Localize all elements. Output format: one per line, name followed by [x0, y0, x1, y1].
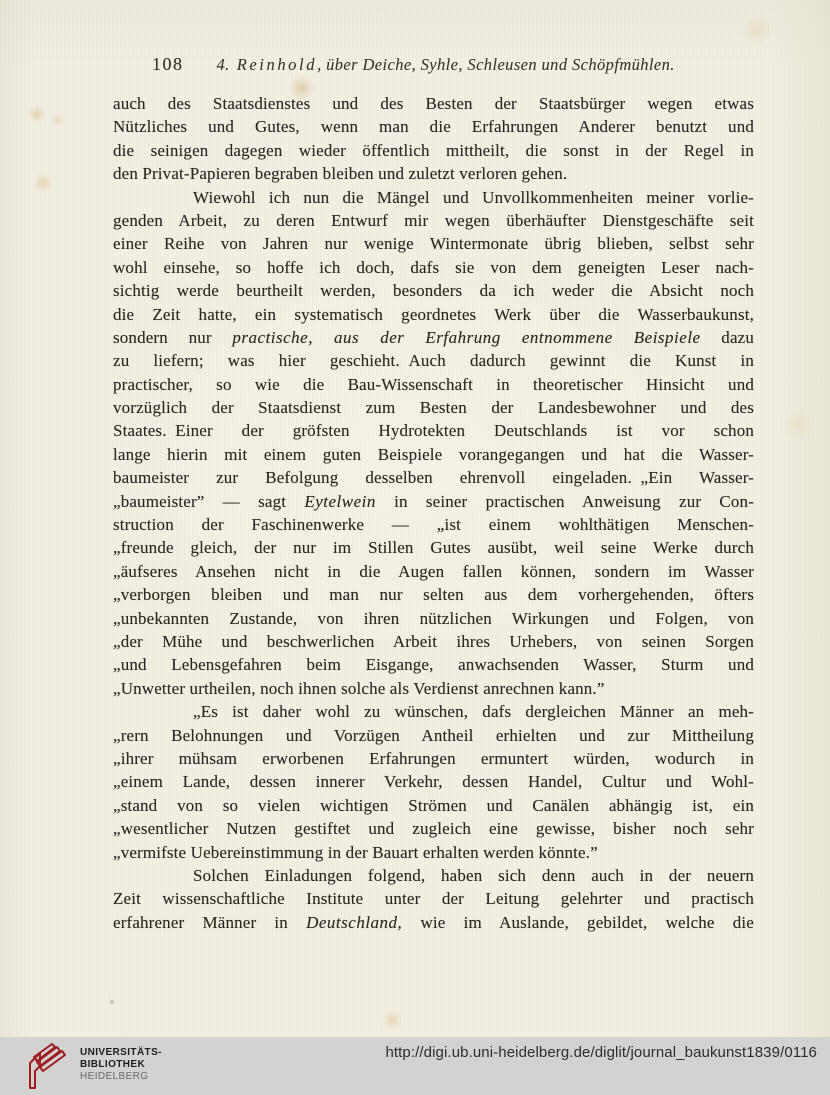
page-header: 108 4.Reinhold, über Deiche, Syhle, Schl…: [113, 54, 758, 75]
body-line: „verborgen bleiben und man nur selten au…: [113, 583, 754, 606]
body-line: struction der Faschinenwerke — „ist eine…: [113, 513, 754, 536]
body-line: practischer, so wie die Bau-Wissenschaft…: [113, 373, 754, 396]
library-logo-text: UNIVERSITÄTS- BIBLIOTHEK HEIDELBERG: [80, 1047, 162, 1083]
body-line: „rern Belohnungen und Vorzügen Antheil e…: [113, 724, 754, 747]
body-line: sondern nur practische, aus der Erfahrun…: [113, 326, 754, 349]
scanned-book-page: 108 4.Reinhold, über Deiche, Syhle, Schl…: [0, 0, 830, 1095]
body-line: einer Reihe von Jahren nur wenige Winter…: [113, 232, 754, 255]
document-url: http://digi.ub.uni-heidelberg.de/diglit/…: [385, 1044, 817, 1061]
body-line: Zeit wissenschaftliche Institute unter d…: [113, 887, 754, 910]
body-line: Solchen Einladungen folgend, haben sich …: [113, 864, 754, 887]
body-line: erfahrener Männer in Deutschland, wie im…: [113, 911, 754, 934]
library-name-line1: UNIVERSITÄTS-: [80, 1047, 162, 1059]
body-line: Staates. Einer der gröfsten Hydrotekten …: [113, 419, 754, 442]
body-line: genden Arbeit, zu deren Entwurf mir wege…: [113, 209, 754, 232]
stacked-books-icon: [26, 1042, 68, 1090]
library-name-line2: BIBLIOTHEK: [80, 1059, 162, 1071]
body-line: den Privat-Papieren begraben bleiben und…: [113, 162, 754, 185]
body-line: „wesentlicher Nutzen gestiftet und zugle…: [113, 817, 754, 840]
body-line: die seinigen dagegen wieder öffentlich m…: [113, 139, 754, 162]
body-line: die Zeit hatte, ein systematisch geordne…: [113, 303, 754, 326]
body-line: baumeister zur Befolgung desselben ehren…: [113, 466, 754, 489]
library-logo: UNIVERSITÄTS- BIBLIOTHEK HEIDELBERG: [26, 1042, 162, 1090]
page-number: 108: [152, 54, 184, 75]
body-line: „stand von so vielen wichtigen Strömen u…: [113, 794, 754, 817]
body-line: „äufseres Ansehen nicht in die Augen fal…: [113, 560, 754, 583]
running-title: 4.Reinhold, über Deiche, Syhle, Schleuse…: [217, 55, 675, 75]
body-line: „Es ist daher wohl zu wünschen, dafs der…: [113, 700, 754, 723]
body-line: vorzüglich der Staatsdienst zum Besten d…: [113, 396, 754, 419]
running-title-number: 4.: [217, 55, 230, 74]
body-line: auch des Staatsdienstes und des Besten d…: [113, 92, 754, 115]
body-line: „einem Lande, dessen innerer Verkehr, de…: [113, 770, 754, 793]
running-title-author: Reinhold: [237, 55, 317, 74]
body-line: „vermifste Uebereinstimmung in der Bauar…: [113, 841, 754, 864]
body-line: „Unwetter urtheilen, noch ihnen solche a…: [113, 677, 754, 700]
running-title-rest: , über Deiche, Syhle, Schleusen und Schö…: [317, 55, 675, 74]
body-line: wohl einsehe, so hoffe ich doch, dafs si…: [113, 256, 754, 279]
body-line: „der Mühe und beschwerlichen Arbeit ihre…: [113, 630, 754, 653]
body-line: „baumeister” — sagt Eytelwein in seiner …: [113, 490, 754, 513]
body-line: „ihrer mühsam erworbenen Erfahrungen erm…: [113, 747, 754, 770]
body-line: „freunde gleich, der nur im Stillen Gute…: [113, 536, 754, 559]
body-line: lange hierin mit einem guten Beispiele v…: [113, 443, 754, 466]
body-line: zu liefern; was hier geschieht. Auch dad…: [113, 349, 754, 372]
body-line: Wiewohl ich nun die Mängel und Unvollkom…: [113, 186, 754, 209]
footer-bar: UNIVERSITÄTS- BIBLIOTHEK HEIDELBERG http…: [0, 1037, 830, 1095]
body-line: „unbekannten Zustande, von ihren nützlic…: [113, 607, 754, 630]
body-line: sichtig werde beurtheilt werden, besonde…: [113, 279, 754, 302]
body-line: „und Lebensgefahren beim Eisgange, anwac…: [113, 653, 754, 676]
page-body-text: auch des Staatsdienstes und des Besten d…: [113, 92, 754, 934]
body-line: Nützliches und Gutes, wenn man die Erfah…: [113, 115, 754, 138]
library-city: HEIDELBERG: [80, 1071, 162, 1083]
